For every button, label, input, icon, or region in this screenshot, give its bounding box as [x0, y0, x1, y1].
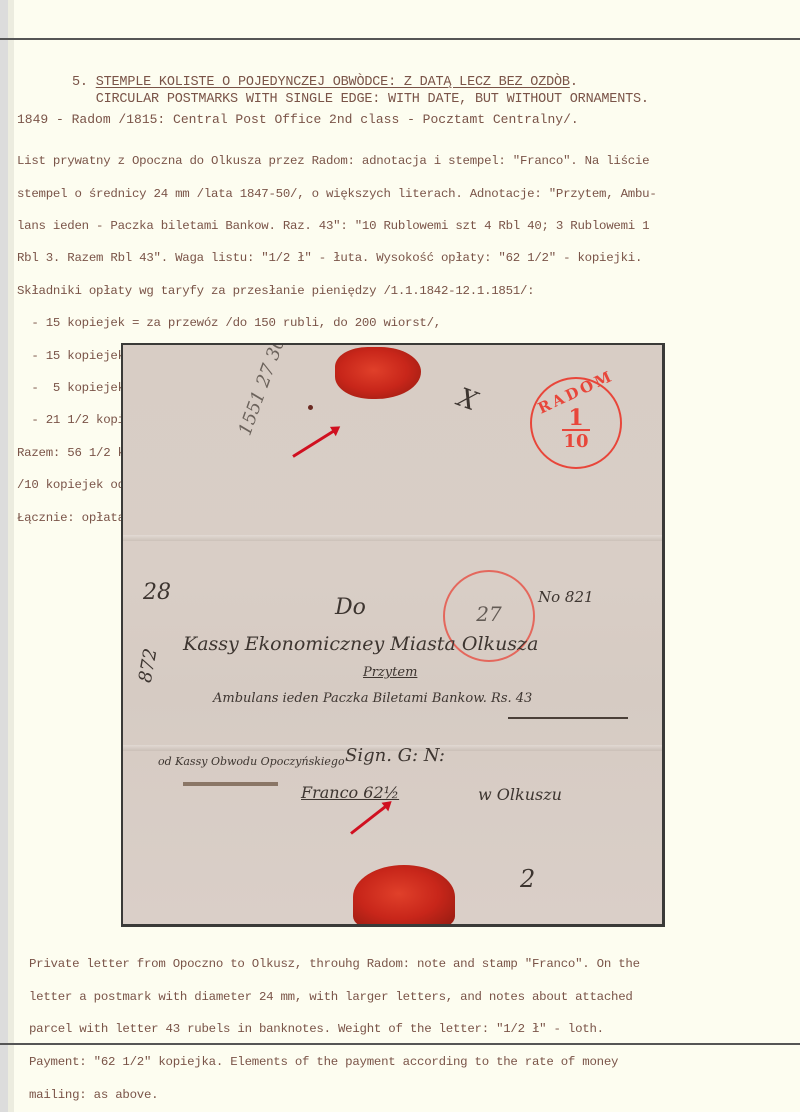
handwritten-contents: Ambulans ieden Paczka Biletami Bankow. R…: [213, 691, 532, 706]
handwritten-left-mark: 28: [143, 580, 171, 605]
handwritten-left-number: 872: [135, 647, 162, 684]
handwritten-destination: w Olkuszu: [478, 785, 562, 804]
handwritten-address: Kassy Ekonomiczney Miasta Olkusza: [183, 633, 538, 655]
desc-line: Składniki opłaty wg taryfy za przesłanie…: [17, 283, 657, 299]
postmark-day: 1: [532, 407, 620, 429]
red-arrow-top: [292, 429, 336, 458]
red-arrow-bottom: [350, 804, 388, 835]
handwritten-cross-mark: X: [453, 383, 481, 418]
desc-line: letter a postmark with diameter 24 mm, w…: [29, 989, 640, 1005]
postmark-month: 10: [532, 431, 620, 452]
desc-line: parcel with letter 43 rubels in banknote…: [29, 1021, 640, 1037]
wax-seal-bottom: [353, 865, 455, 927]
subtitle: 1849 - Radom /1815: Central Post Office …: [17, 112, 579, 127]
handwritten-top-notes: 1551 27 3062: [235, 343, 298, 438]
scan-edge-shadow: [8, 0, 14, 1112]
handwritten-reference: No 821: [538, 588, 594, 606]
postmark-day: 27: [445, 602, 533, 626]
desc-line: lans ieden - Paczka biletami Bankow. Raz…: [17, 218, 657, 234]
handwritten-sign: Sign. G: N:: [345, 745, 445, 766]
heading-polish: STEMPLE KOLISTE O POJEDYNCZEJ OBWÒDCE: Z…: [96, 75, 570, 90]
desc-line: List prywatny z Opoczna do Olkusza przez…: [17, 153, 657, 169]
heading-period: .: [570, 75, 578, 90]
handwritten-do: Do: [335, 595, 366, 620]
postmark-radom: RADOM 1 10: [530, 377, 622, 469]
fold-line: [123, 535, 662, 541]
desc-line: Rbl 3. Razem Rbl 43". Waga listu: "1/2 ł…: [17, 250, 657, 266]
desc-line: Payment: "62 1/2" kopiejka. Elements of …: [29, 1054, 640, 1070]
letter-scan: 1551 27 3062 X RADOM 1 10 27 28 872 Do N…: [121, 343, 665, 927]
top-rule: [0, 38, 800, 40]
desc-line: stempel o średnicy 24 mm /lata 1847-50/,…: [17, 186, 657, 202]
wax-seal-top: [335, 347, 421, 399]
desc-line: mailing: as above.: [29, 1087, 640, 1103]
section-number: 5.: [72, 75, 96, 90]
heading-english: CIRCULAR POSTMARKS WITH SINGLE EDGE: WIT…: [72, 92, 649, 107]
dot: [308, 405, 313, 410]
bottom-rule: [0, 1043, 800, 1045]
handwritten-from: od Kassy Obwodu Opoczyńskiego: [158, 755, 345, 768]
page-heading: 5. STEMPLE KOLISTE O POJEDYNCZEJ OBWÒDCE…: [72, 74, 649, 108]
handwritten-przytem: Przytem: [363, 665, 417, 680]
strike-stroke: [183, 782, 278, 786]
underline-stroke: [508, 717, 628, 719]
handwritten-bottom-number: 2: [520, 865, 535, 893]
description-english: Private letter from Opoczno to Olkusz, t…: [29, 940, 640, 1112]
desc-line: Private letter from Opoczno to Olkusz, t…: [29, 956, 640, 972]
scan-edge: [0, 0, 8, 1112]
desc-line: - 15 kopiejek = za przewóz /do 150 rubli…: [17, 315, 657, 331]
